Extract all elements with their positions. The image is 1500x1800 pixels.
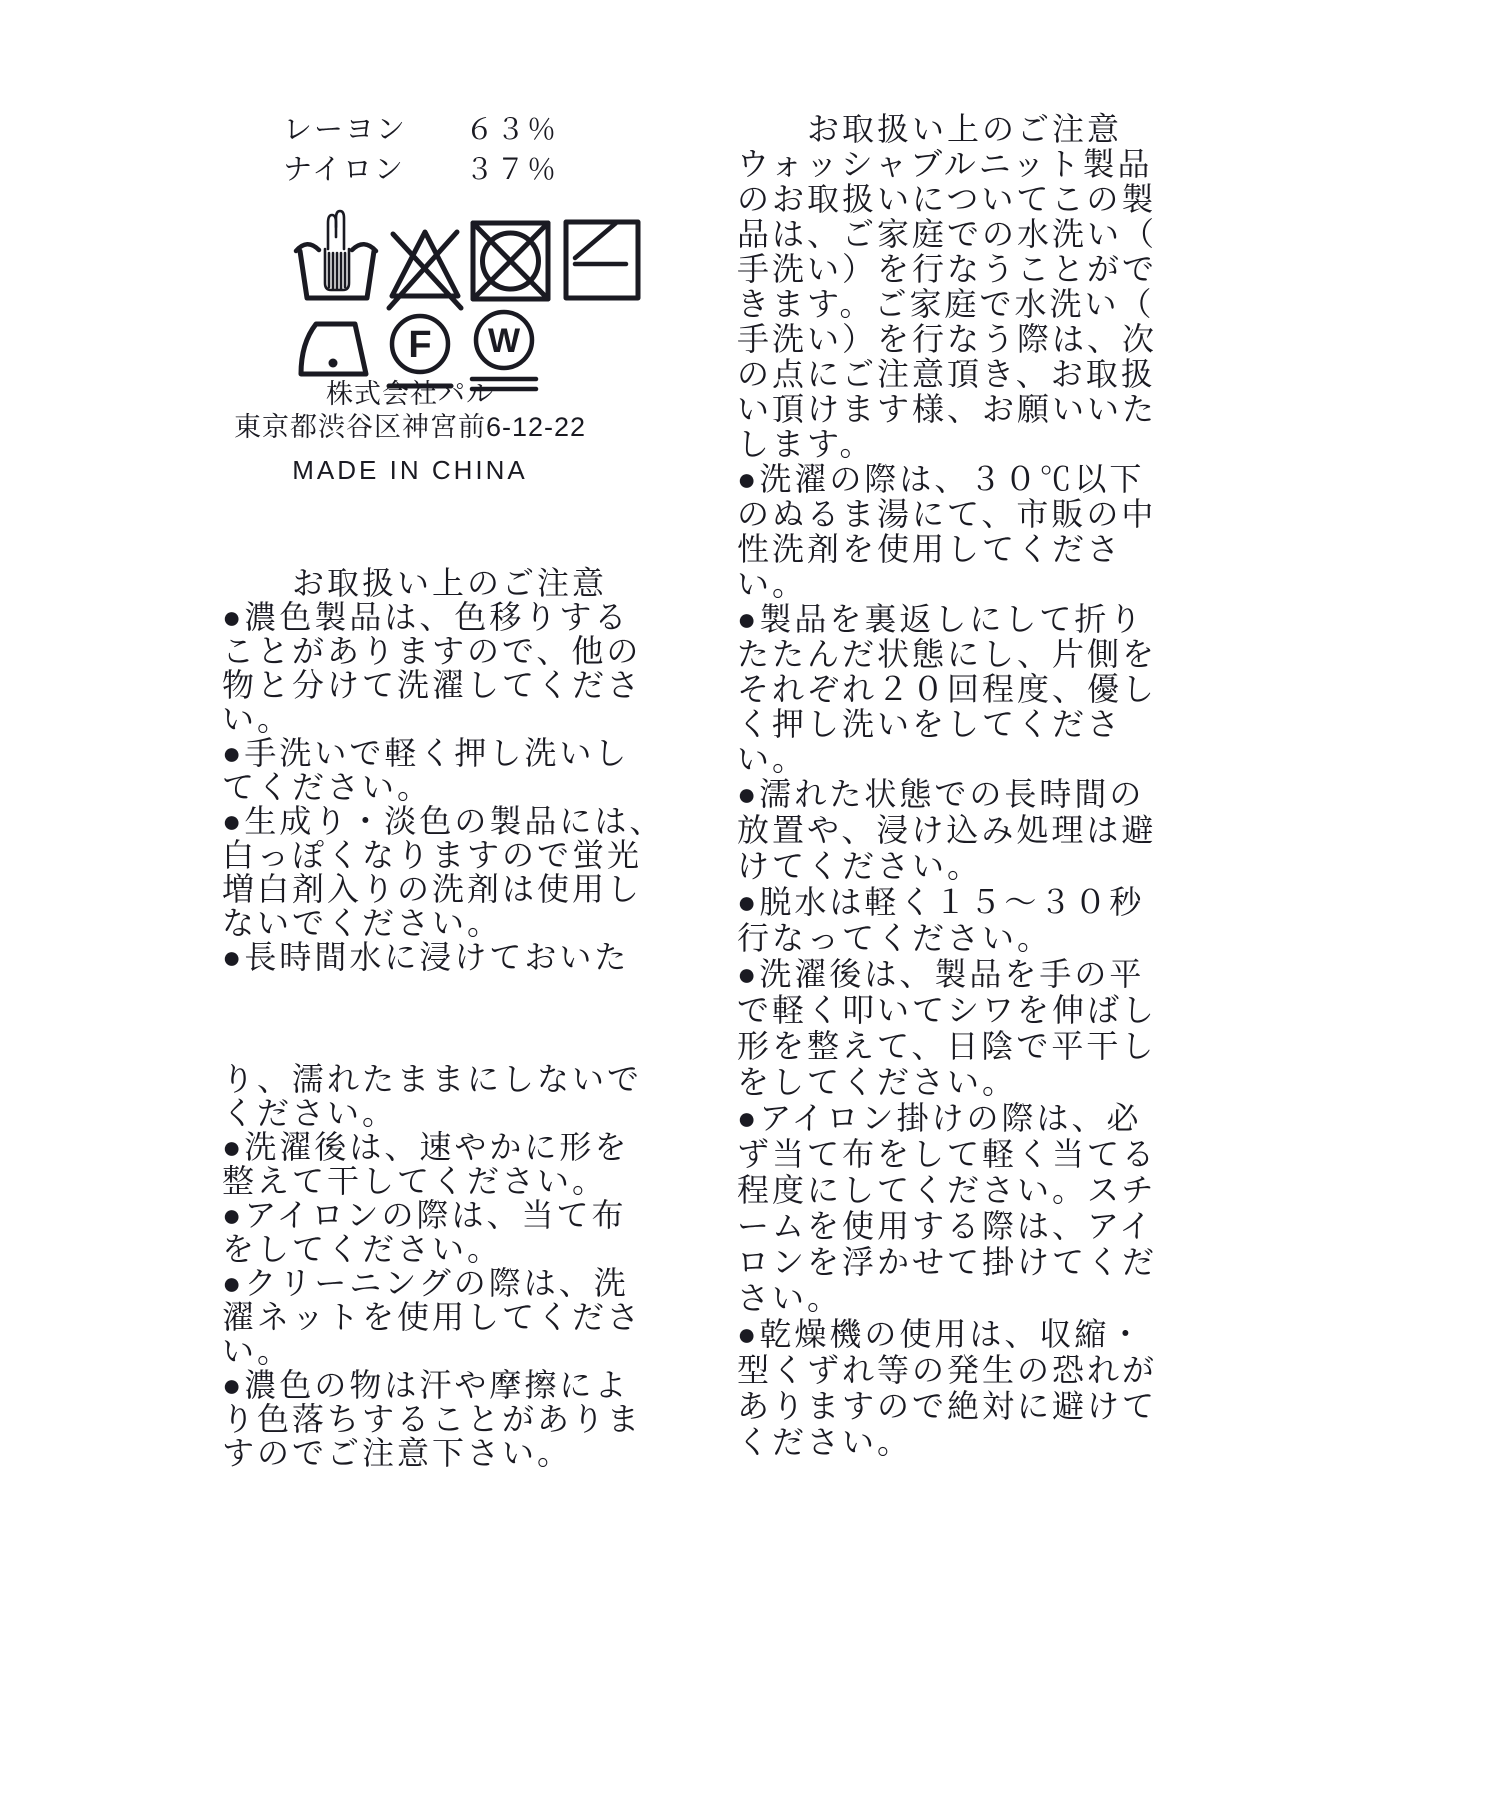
- fiber-name: ナイロン: [283, 150, 465, 190]
- care-notes-right-block1: お取扱い上のご注意 ウォッシャブルニット製品 のお取扱いについてこの製 品は、ご…: [737, 112, 1187, 812]
- do-not-tumble-dry-icon: [468, 218, 553, 304]
- iron-low-heat-icon: [296, 318, 378, 380]
- care-notes-left-block2: り、濡れたままにしないで ください。 ●洗濯後は、速やかに形を 整えて干してくだ…: [222, 1062, 672, 1470]
- wet-clean-letter: W: [488, 322, 521, 360]
- care-notes-right-block2: 放置や、浸け込み処理は避 けてください。 ●脱水は軽く１５～３０秒 行なってくだ…: [737, 812, 1187, 1460]
- fiber-name: レーヨン: [283, 110, 465, 150]
- dry-clean-letter: F: [408, 324, 431, 366]
- company-address: 東京都渋谷区神宮前6-12-22: [190, 411, 630, 444]
- dry-flat-in-shade-icon: [562, 218, 642, 302]
- hand-wash-icon: [292, 203, 382, 305]
- company-name: 株式会社パル: [190, 378, 630, 411]
- fiber-percent: ３７％: [465, 150, 558, 190]
- composition-row: レーヨン ６３％: [283, 110, 558, 150]
- composition-row: ナイロン ３７％: [283, 150, 558, 190]
- country-of-origin: MADE IN CHINA: [190, 455, 630, 486]
- care-notes-left-block1: お取扱い上のご注意 ●濃色製品は、色移りする ことがありますので、他の 物と分け…: [222, 566, 672, 974]
- care-label-page: レーヨン ６３％ ナイロン ３７％: [0, 0, 1500, 1800]
- manufacturer-block: 株式会社パル 東京都渋谷区神宮前6-12-22: [190, 378, 630, 444]
- do-not-bleach-icon: [383, 220, 468, 312]
- fiber-percent: ６３％: [465, 110, 558, 150]
